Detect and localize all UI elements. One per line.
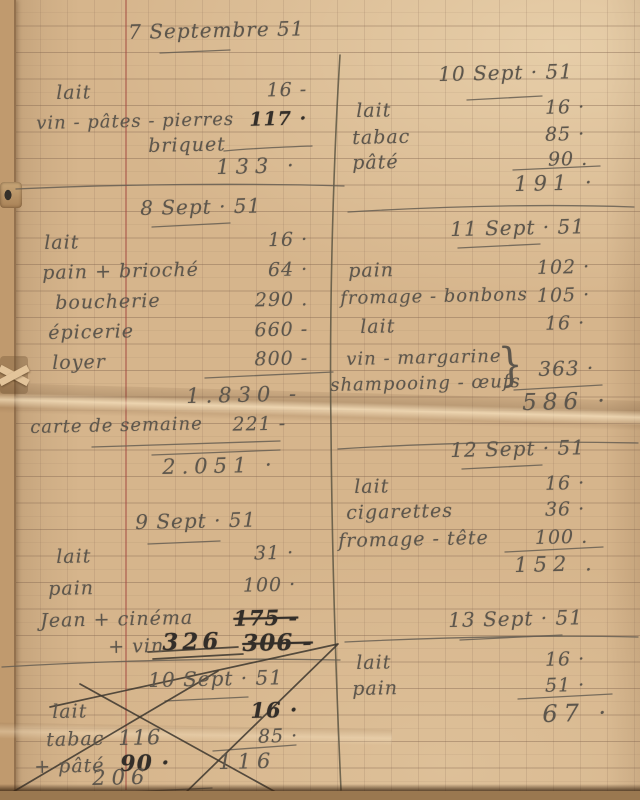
entry-value: 51 ·	[535, 674, 585, 697]
entry-label: boucherie	[55, 290, 161, 314]
cross-out-line	[178, 645, 337, 800]
entry-label: lait	[360, 315, 396, 338]
section-rule	[338, 442, 638, 449]
horizontal-fold-crease	[0, 383, 640, 431]
title-underline	[165, 697, 248, 701]
entry-value: 16 ·	[535, 96, 585, 119]
entry-label: lait	[52, 700, 88, 723]
date-heading: 8 Sept · 51	[140, 193, 261, 220]
sum-line	[224, 146, 312, 151]
entry-value: 100 ·	[226, 574, 296, 597]
grouping-brace: }	[497, 336, 525, 392]
date-heading: 10 Sept · 51	[438, 59, 573, 86]
entry-label: lait	[44, 231, 80, 254]
entry-label: + vin	[108, 635, 164, 658]
entry-value: 85 ·	[535, 123, 585, 146]
entry-value: 800 -	[222, 347, 308, 371]
section-total: 67 ·	[542, 699, 612, 728]
title-underline	[460, 635, 562, 640]
entry-label: fromage - tête	[338, 527, 489, 552]
sum-line	[505, 547, 603, 552]
notebook-page: 7 Septembre 51 lait 16 - vin - pâtes - p…	[0, 0, 640, 800]
sum-line	[513, 166, 600, 170]
title-underline	[152, 223, 230, 227]
sum-line	[152, 450, 280, 455]
entry-value: 16 ·	[228, 228, 308, 252]
corrected-value: 326	[162, 628, 223, 656]
entry-value: 16 ·	[244, 697, 299, 723]
entry-value: 363 ·	[532, 356, 594, 381]
date-heading: 11 Sept · 51	[450, 214, 585, 241]
entry-label: Jean + cinéma	[40, 607, 193, 632]
entry-label: cigarettes	[346, 500, 453, 524]
date-heading: 12 Sept · 51	[450, 435, 585, 462]
cover-below-page	[0, 791, 640, 800]
section-rule	[345, 636, 638, 642]
entry-value: 64 ·	[228, 258, 308, 282]
section-total: 133 ·	[216, 153, 300, 179]
entry-label: pain	[48, 577, 94, 600]
entry-value: 16 ·	[535, 648, 585, 671]
title-underline	[462, 465, 542, 469]
entry-value: 117 ·	[235, 107, 307, 131]
entry-label: épicerie	[48, 320, 134, 344]
label-underline	[92, 441, 280, 447]
entry-label: fromage - bonbons	[340, 284, 528, 309]
notebook-scan: 7 Septembre 51 lait 16 - vin - pâtes - p…	[0, 0, 640, 800]
entry-label: loyer	[52, 351, 106, 374]
entry-label: lait	[356, 99, 392, 122]
section-total: 152 .	[514, 551, 598, 577]
title-underline	[467, 96, 542, 100]
entry-value: 90 ·	[120, 750, 170, 777]
date-heading: 7 Septembre 51	[128, 16, 305, 44]
section-total: 116	[218, 749, 277, 774]
entry-label: briquet	[148, 133, 226, 157]
title-underline	[458, 244, 540, 248]
entry-label: pain	[352, 677, 398, 700]
double-underline	[148, 647, 238, 652]
section-rule	[2, 659, 340, 667]
entry-label: lait	[56, 545, 92, 568]
minor-crease	[0, 723, 392, 746]
entry-label: pain + brioché	[42, 259, 199, 284]
grouped-entry-line: vin - margarine	[346, 346, 502, 370]
entry-label: vin - pâtes - pierres	[36, 109, 234, 134]
entry-value: 102 ·	[532, 256, 590, 279]
section-rule	[16, 184, 344, 189]
entry-value: 105 ·	[532, 284, 590, 307]
date-heading: 13 Sept · 51	[448, 605, 583, 632]
entry-label: pain	[348, 259, 394, 282]
sum-line	[205, 372, 333, 378]
sum-line	[518, 694, 612, 699]
title-underline	[160, 50, 230, 53]
entry-label: pâté	[352, 151, 399, 174]
entry-value: 36 ·	[535, 498, 585, 521]
sum-line	[514, 385, 602, 390]
entry-value: 31 ·	[232, 542, 294, 565]
entry-value: 660 -	[222, 318, 308, 342]
entry-label: tabac	[352, 126, 411, 149]
entry-value-struck: 306 -	[242, 629, 313, 657]
entry-label: lait	[356, 651, 392, 674]
entry-value: 90 .	[532, 148, 588, 171]
double-underline	[153, 654, 243, 659]
date-heading: 9 Sept · 51	[135, 507, 256, 534]
entry-value: 16 ·	[535, 312, 585, 335]
entry-value: 100 .	[528, 526, 588, 549]
cross-out-line	[50, 644, 338, 707]
date-heading: 10 Sept · 51	[148, 665, 283, 692]
entry-value: 16 ·	[535, 472, 585, 495]
section-total: 191 ·	[514, 170, 598, 196]
entry-value: 16 -	[235, 78, 307, 102]
section-total: 2.051 ·	[162, 453, 278, 479]
section-rule	[348, 206, 634, 212]
entry-value: 290 .	[222, 288, 308, 312]
entry-label: + pâté	[34, 755, 105, 778]
entry-label: lait	[354, 475, 390, 498]
entry-value-struck: 175 -	[228, 605, 299, 631]
sum-line	[213, 745, 296, 751]
title-underline	[148, 541, 220, 544]
entry-label: lait	[56, 81, 92, 104]
